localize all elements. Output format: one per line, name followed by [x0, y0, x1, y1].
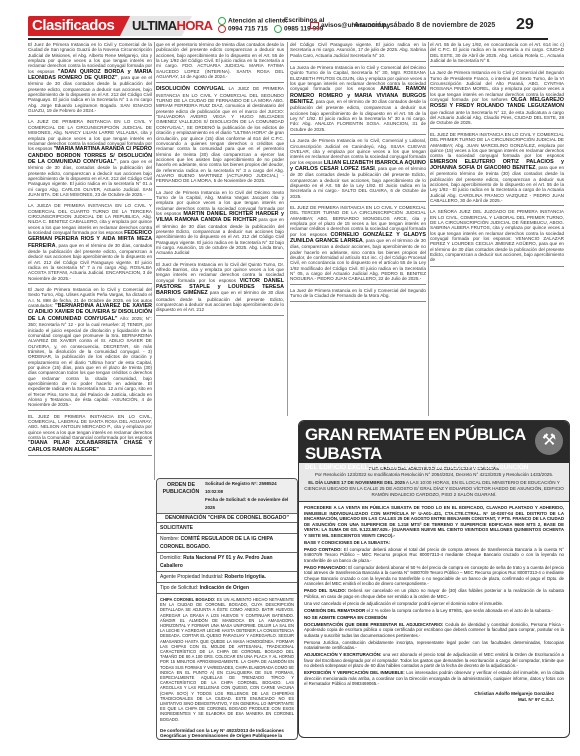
conditions-list: PAGO CONTADO: El comprador deberá abonar…	[304, 547, 564, 687]
agent-label: Agente Propiedad Industrial:	[160, 574, 225, 580]
applicant-address: Domicilio: Ruta Nacional PY 01 y Av. Ped…	[157, 553, 297, 572]
condition-label: COMISIÓN DEL REMATADOR	[304, 608, 365, 613]
legal-notice: El Juez de Primera Instancia en lo Civil…	[156, 262, 284, 316]
auction-condition: COMISIÓN DEL REMATADOR el 2 % sobre la c…	[304, 608, 564, 614]
chipa-publication-notice: ORDEN DE PUBLICACIÓN Solicitud de Regist…	[156, 478, 298, 740]
auction-condition: Persona Jurídica, constitución debidamen…	[304, 640, 564, 651]
name-label: Nombre:	[160, 536, 181, 542]
denomination: DENOMINACIÓN "CHIPA DE CORONEL BOGADO"	[157, 514, 297, 523]
auction-condition: PAGO DEL SALDO: Deberá ser cancelado en …	[304, 588, 564, 599]
type-value: Indicación de Origen	[200, 585, 249, 591]
auction-condition: PAGO FINANCIADO: El comprador deberá abo…	[304, 565, 564, 587]
logo-ultima: ULTIMA	[132, 18, 177, 33]
condition-label: NO SE ADMITE COMPRA EN COMISIÓN	[304, 615, 387, 620]
notice-text: el Art. 55 de la Ley 1/92, en concordanc…	[430, 42, 564, 63]
condition-text: Una vez cancelado el precio de adjudicac…	[304, 601, 503, 606]
page-header: Clasificados ULTIMAHORA Atención al clie…	[28, 16, 568, 36]
column-2: que en el perentorio término de treinta …	[156, 42, 284, 478]
notice-text: que en el perentorio término de treinta …	[156, 42, 284, 79]
condition-label: ADJUDICACIÓN Y ESCRITURACIÓN:	[304, 652, 381, 657]
column-4: el Art. 55 de la Ley 1/92, en concordanc…	[430, 42, 564, 416]
auctioneer-signature: Christian Adolfo Melgarejo González Mat.…	[304, 691, 564, 703]
request-date: Fecha de Solicitud: 6 de noviembre del 2…	[205, 496, 294, 512]
legal-notice: LA JUEZ DE PRIMERA INSTANCIA EN LO CIVIL…	[28, 119, 152, 200]
auction-header: GRAN REMATE EN PÚBLICA SUBASTA DEL EDIFI…	[299, 421, 569, 463]
notice-text: LA JUEZ DE PRIMERA INSTANCIA EN LO CIVIL…	[156, 86, 284, 183]
condition-text: el 2 % sobre la compra conforme a la Ley…	[365, 608, 552, 613]
auction-condition: NO SE ADMITE COMPRA EN COMISIÓN	[304, 615, 564, 621]
legal-notice: La Juez de Primera Instancia en lo Civil…	[430, 70, 564, 128]
notice-text: EL JUEZ DE PRIMERA INSTANCIA EN LO CIVIL…	[430, 132, 564, 158]
applicant-heading: SOLICITANTE	[157, 523, 297, 534]
notice-text: , para que en el término de 30 días, con…	[28, 243, 152, 281]
whatsapp-icon	[218, 17, 226, 25]
notice-parties: "DIANA PILAR ZOLABARRIETA CHASE Y CARLOS…	[28, 440, 152, 452]
legal-notice: La Juez de Primera Instancia en lo Civil…	[290, 288, 426, 303]
condition-label: EXPOSICIÓN Y VERIFICACIÓN DEL INMUEBLE:	[304, 670, 405, 675]
condition-text: El comprador deberá abonar el total del …	[304, 547, 564, 563]
whatsapp-icon	[274, 25, 282, 33]
condition-text: Persona Jurídica, constitución debidamen…	[304, 640, 564, 651]
auction-condition: PAGO CONTADO: El comprador deberá abonar…	[304, 547, 564, 564]
auction-notice: GRAN REMATE EN PÚBLICA SUBASTA DEL EDIFI…	[298, 420, 570, 738]
gavel-icon: ⚒	[535, 427, 563, 455]
auction-subtitle: DEL EDIFICIO EXCELSIOR UBICADO EN EL MIC…	[305, 463, 563, 473]
notice-text: LA SEÑORA JUEZ DEL JUZGADO DE PRIMERA IN…	[430, 209, 564, 262]
condition-label: PAGO CONTADO:	[304, 547, 342, 552]
notice-text: , para que en el término de 30 días, con…	[28, 159, 152, 197]
notice-text: La Juez de Primera Instancia en lo Civil…	[290, 288, 426, 298]
issue-date: Asunción, sábado 8 de noviembre de 2025	[354, 22, 495, 29]
legal-notice: EL JUEZ DE PRIMERA INSTANCIA EN LO CIVIL…	[28, 414, 152, 456]
column-1: El Juez de Primera Instancia en lo Civil…	[28, 42, 152, 754]
legal-notice: EL JUEZ DE PRIMERA INSTANCIA EN LO CIVIL…	[430, 132, 564, 206]
column-divider	[154, 42, 155, 480]
notice-text: que radican ante la Secretaría N° 12, de…	[430, 110, 564, 126]
chipa-header: ORDEN DE PUBLICACIÓN Solicitud de Regist…	[157, 479, 297, 514]
condition-label: DOCUMENTACIÓN QUE DEBE PRESENTAR EL ADJU…	[304, 622, 443, 627]
agent-value: Roberto Irigoytia.	[225, 574, 266, 580]
newspaper-logo: ULTIMAHORA	[132, 18, 212, 34]
auction-condition: Una vez cancelado el precio de adjudicac…	[304, 601, 564, 607]
request-type: Tipo de Solicitud: Indicación de Origen	[157, 583, 297, 594]
type-label: Tipo de Solicitud:	[160, 585, 200, 591]
auction-condition: DOCUMENTACIÓN QUE DEBE PRESENTAR EL ADJU…	[304, 622, 564, 639]
notice-text: , para que en el perentorio término de t…	[430, 165, 564, 203]
legal-notice: del Código Civil Paraguayo vigente. El j…	[290, 42, 426, 62]
header-rule	[28, 38, 548, 40]
applicant-name: Nombre: COMITÉ REGULADOR DE LA IG CHIPA …	[157, 534, 297, 553]
page-number: 29	[516, 16, 534, 34]
legal-notice: LA SEÑORA JUEZ DEL JUZGADO DE PRIMERA IN…	[430, 209, 564, 266]
logo-hora: HORA	[177, 18, 213, 33]
auction-date-lead: EL DÍA LUNES 17 DE NOVIEMBRE DEL 2025	[308, 480, 405, 485]
auctioneer-registration: Mat. N° 97 C.S.J.	[304, 697, 554, 703]
address-label: Domicilio:	[160, 555, 183, 561]
notice-text: , para que en el término de 30 días, com…	[290, 238, 426, 281]
auction-title: GRAN REMATE EN PÚBLICA SUBASTA	[305, 425, 563, 463]
envelope-icon	[310, 22, 319, 29]
legal-notice: El Juez de Primera Instancia en lo Civil…	[28, 287, 152, 411]
chipa-description-text: ES UN ALIMENTO HECHO NETAMENTE EN LA CIU…	[160, 597, 294, 722]
conditions-heading: BASE Y CONDICIONES DE LA SUBASTA:	[304, 540, 564, 546]
legal-notice: El Juez de Primera Instancia en lo Civil…	[28, 42, 152, 116]
notice-parties: DISOLUCIÓN CONYUGAL	[156, 86, 225, 92]
notice-text: , para que en el término de 30 días cont…	[28, 75, 152, 113]
column-divider	[287, 42, 288, 416]
industrial-agent: Agente Propiedad Industrial: Roberto Iri…	[157, 572, 297, 583]
section-title: Clasificados	[28, 16, 138, 36]
notice-text: Año: 2025; N°: 350; Secretaría N° 12 - p…	[28, 316, 152, 408]
legal-notice: La Juez de Primera Instancia en lo Civil…	[156, 190, 284, 259]
notice-text: EL JUEZ DE PRIMERA INSTANCIA EN LO CIVIL…	[28, 414, 152, 440]
customer-service-phone[interactable]: 0994 715 715	[228, 26, 268, 33]
request-number: Solicitud de Registro N°: 2598524 10:02:…	[205, 480, 294, 496]
column-divider	[428, 42, 429, 416]
legal-notice: La Jueza de Primera Instancia en lo Civi…	[290, 138, 426, 202]
auction-condition: ADJUDICACIÓN Y ESCRITURACIÓN: una vez ab…	[304, 652, 564, 669]
auction-body: PORCEDERE A LA VENTA EN PÚBLICA SUBASTA …	[299, 502, 569, 706]
legal-notice: La Jueza de Primera Instancia en lo Civi…	[290, 65, 426, 135]
legal-notice: el Art. 55 de la Ley 1/92, en concordanc…	[430, 42, 564, 67]
notice-text: del Código Civil Paraguayo vigente. El j…	[290, 42, 426, 58]
legal-notice: LA JUEZA DE PRIMERA INSTANCIA EN LO CIVI…	[28, 203, 152, 284]
chipa-description: CHIPA CORONEL BOGADO: ES UN ALIMENTO HEC…	[157, 594, 297, 725]
order-title: ORDEN DE PUBLICACIÓN	[160, 480, 202, 512]
auction-date: EL DÍA LUNES 17 DE NOVIEMBRE DEL 2025 A …	[303, 480, 565, 498]
phone-icon	[218, 25, 226, 33]
property-description: PORCEDERE A LA VENTA EN PÚBLICA SUBASTA …	[304, 505, 564, 538]
column-3: del Código Civil Paraguayo vigente. El j…	[290, 42, 426, 416]
auction-condition: EXPOSICIÓN Y VERIFICACIÓN DEL INMUEBLE: …	[304, 670, 564, 687]
chipa-legal-footer: De conformidad con la Ley N° 4923/2013 d…	[157, 725, 297, 740]
condition-label: PAGO DEL SALDO:	[304, 588, 346, 593]
legal-notice: EL JUEZ DE PRIMERA INSTANCIA EN LO CIVIL…	[290, 205, 426, 285]
legal-notice: que en el perentorio término de treinta …	[156, 42, 284, 83]
legal-notice: DISOLUCIÓN CONYUGAL LA JUEZ DE PRIMERA I…	[156, 86, 284, 186]
notice-text: para que en el término de 30 días contad…	[156, 217, 284, 255]
condition-label: PAGO FINANCIADO:	[304, 565, 347, 570]
